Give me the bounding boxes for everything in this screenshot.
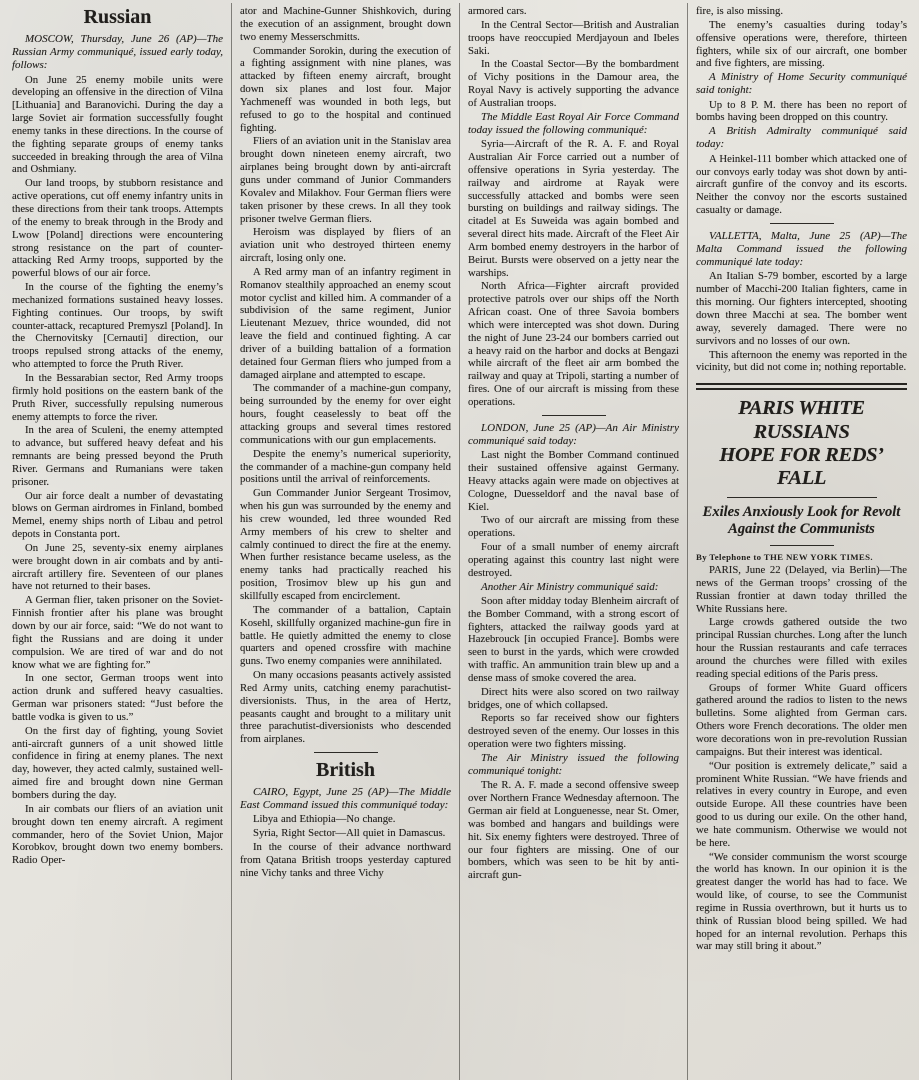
- section-divider: [542, 415, 606, 416]
- paragraph: On the first day of fighting, young Sovi…: [12, 725, 223, 802]
- dateline: MOSCOW, Thursday, June 26 (AP)—The Russi…: [12, 33, 223, 73]
- paragraph: The R. A. F. made a second offensive swe…: [468, 779, 679, 882]
- article-headline-line: PARIS WHITE RUSSIANS: [696, 397, 907, 444]
- paragraph: “We consider communism the worst scourge…: [696, 851, 907, 954]
- paragraph: Direct hits were also scored on two rail…: [468, 686, 679, 712]
- section-heading: British: [240, 759, 451, 781]
- section-divider: [770, 223, 834, 224]
- paragraph: In air combats our fliers of an aviation…: [12, 803, 223, 867]
- paragraph: Gun Commander Junior Sergeant Trosimov, …: [240, 487, 451, 603]
- paragraph: Up to 8 P. M. there has been no report o…: [696, 99, 907, 125]
- paragraph: “Our position is extremely delicate,” sa…: [696, 760, 907, 850]
- paragraph: On June 25, seventy-six enemy airplanes …: [12, 542, 223, 593]
- paragraph: Reports so far received show our fighter…: [468, 712, 679, 751]
- paragraph: Two of our aircraft are missing from the…: [468, 514, 679, 540]
- paragraph: In the Central Sector—British and Austra…: [468, 19, 679, 58]
- article-divider: [696, 383, 907, 390]
- paragraph: The commander of a battalion, Captain Ko…: [240, 604, 451, 668]
- paragraph: In the course of their advance northward…: [240, 841, 451, 880]
- paragraph-continuation: fire, is also missing.: [696, 5, 907, 18]
- paragraph: PARIS, June 22 (Delayed, via Berlin)—The…: [696, 564, 907, 615]
- paragraph-continuation: ator and Machine-Gunner Shishkovich, dur…: [240, 5, 451, 44]
- paragraph: Last night the Bomber Command continued …: [468, 449, 679, 513]
- paragraph: On many occasions peasants actively assi…: [240, 669, 451, 746]
- paragraph: On June 25 enemy mobile units were devel…: [12, 74, 223, 177]
- paragraph: Groups of former White Guard officers ga…: [696, 682, 907, 759]
- column-4: fire, is also missing.The enemy’s casual…: [687, 3, 915, 1080]
- headline-divider: [727, 497, 877, 498]
- column-1: RussianMOSCOW, Thursday, June 26 (AP)—Th…: [4, 3, 231, 1080]
- paragraph: Four of a small number of enemy aircraft…: [468, 541, 679, 580]
- article-headline: PARIS WHITE RUSSIANSHOPE FOR REDS’ FALL: [696, 397, 907, 490]
- paragraph: This afternoon the enemy was reported in…: [696, 349, 907, 375]
- article-subhead-line: Exiles Anxiously Look for Revolt: [696, 504, 907, 522]
- paragraph: In the area of Sculeni, the enemy attemp…: [12, 424, 223, 488]
- paragraph: A Heinkel-111 bomber which attacked one …: [696, 153, 907, 217]
- article-headline-line: HOPE FOR REDS’ FALL: [696, 444, 907, 491]
- paragraph: Commander Sorokin, during the execution …: [240, 45, 451, 135]
- paragraph: Libya and Ethiopia—No change.: [240, 813, 451, 826]
- column-3: armored cars.In the Central Sector—Briti…: [459, 3, 687, 1080]
- article-subhead: Exiles Anxiously Look for RevoltAgainst …: [696, 504, 907, 539]
- paragraph: Despite the enemy’s numerical superiorit…: [240, 448, 451, 487]
- paragraph: In one sector, German troops went into a…: [12, 672, 223, 723]
- dateline: A Ministry of Home Security communiqué s…: [696, 71, 907, 97]
- section-divider: [314, 752, 378, 753]
- newspaper-page: RussianMOSCOW, Thursday, June 26 (AP)—Th…: [0, 0, 919, 1080]
- dateline: The Middle East Royal Air Force Command …: [468, 111, 679, 137]
- paragraph: Soon after midday today Blenheim aircraf…: [468, 595, 679, 685]
- section-heading: Russian: [12, 6, 223, 28]
- paragraph: A German flier, taken prisoner on the So…: [12, 594, 223, 671]
- dateline: A British Admiralty communiqué said toda…: [696, 125, 907, 151]
- paragraph: Large crowds gathered outside the two pr…: [696, 616, 907, 680]
- dateline: VALLETTA, Malta, June 25 (AP)—The Malta …: [696, 230, 907, 270]
- dateline: Another Air Ministry communiqué said:: [468, 581, 679, 594]
- paragraph: The enemy’s casualties during today’s of…: [696, 19, 907, 70]
- dateline: CAIRO, Egypt, June 25 (AP)—The Middle Ea…: [240, 786, 451, 812]
- paragraph: In the Bessarabian sector, Red Army troo…: [12, 372, 223, 423]
- paragraph: In the Coastal Sector—By the bombardment…: [468, 58, 679, 109]
- paragraph: An Italian S-79 bomber, escorted by a la…: [696, 270, 907, 347]
- paragraph-continuation: armored cars.: [468, 5, 679, 18]
- dateline: LONDON, June 25 (AP)—An Air Ministry com…: [468, 422, 679, 448]
- paragraph: Heroism was displayed by fliers of an av…: [240, 226, 451, 265]
- paragraph: The commander of a machine-gun company, …: [240, 382, 451, 446]
- paragraph: Fliers of an aviation unit in the Stanis…: [240, 135, 451, 225]
- paragraph: Syria, Right Sector—All quiet in Damascu…: [240, 827, 451, 840]
- paragraph: In the course of the fighting the enemy’…: [12, 281, 223, 371]
- paragraph: Our air force dealt a number of devastat…: [12, 490, 223, 541]
- paragraph: Syria—Aircraft of the R. A. F. and Royal…: [468, 138, 679, 279]
- column-2: ator and Machine-Gunner Shishkovich, dur…: [231, 3, 459, 1080]
- paragraph: A Red army man of an infantry regiment i…: [240, 266, 451, 382]
- article-subhead-line: Against the Communists: [696, 521, 907, 539]
- byline: By Telephone to THE NEW YORK TIMES.: [696, 552, 907, 562]
- dateline: The Air Ministry issued the following co…: [468, 752, 679, 778]
- paragraph: North Africa—Fighter aircraft provided p…: [468, 280, 679, 408]
- paragraph: Our land troops, by stubborn resistance …: [12, 177, 223, 280]
- section-divider: [770, 545, 834, 546]
